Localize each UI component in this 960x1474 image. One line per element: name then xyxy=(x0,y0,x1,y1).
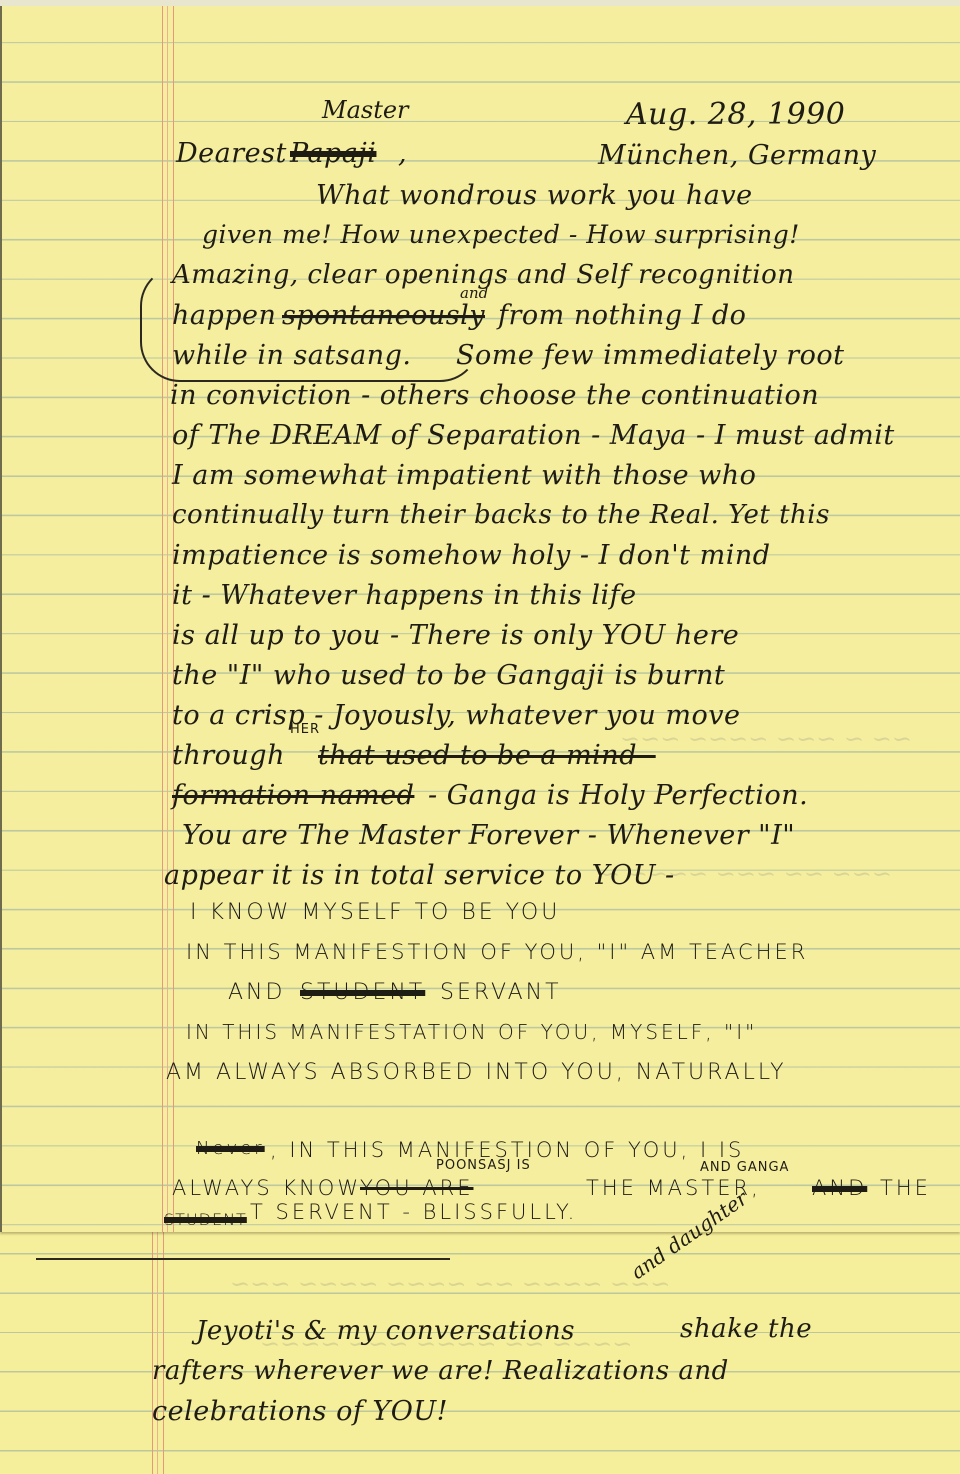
body-line: from nothing I do xyxy=(498,302,746,329)
salutation-crossed-name: Papaji xyxy=(290,140,376,167)
letter: Master Aug. 28, 1990 Dearest Papaji , Mü… xyxy=(0,0,960,1474)
caps-line: AM ALWAYS ABSORBED INTO YOU, NATURALLY xyxy=(166,1062,787,1084)
body-line: it - Whatever happens in this life xyxy=(172,582,637,609)
body-line: Some few immediately root xyxy=(456,342,844,369)
body-line: through xyxy=(172,742,285,769)
postscript-line: Jeyoti's & my conversations xyxy=(196,1318,575,1344)
inserted-name: AND GANGA xyxy=(700,1160,789,1175)
body-line: impatience is somehow holy - I don't min… xyxy=(172,542,771,569)
body-line: to a crisp - Joyously, whatever you move xyxy=(172,702,740,729)
caps-line: ALWAYS KNOW xyxy=(172,1178,361,1199)
body-line: given me! How unexpected - How surprisin… xyxy=(202,222,800,247)
body-line: - Ganga is Holy Perfection. xyxy=(428,782,808,809)
body-line: You are The Master Forever - Whenever "I… xyxy=(182,822,795,849)
crossed-phrase: that used to be a mind - xyxy=(318,742,656,769)
crossed-phrase: YOU ARE xyxy=(360,1178,473,1199)
crossed-word: AND xyxy=(812,1178,867,1199)
body-line: of The DREAM of Separation - Maya - I mu… xyxy=(172,422,895,449)
body-line: appear it is in total service to YOU - xyxy=(164,862,675,889)
caps-line: IN THIS MANIFESTATION OF YOU, MYSELF, "I… xyxy=(186,1022,757,1042)
crossed-word: STUDENT xyxy=(164,1212,247,1228)
inserted-and-daughter: and daughter xyxy=(626,1186,752,1284)
body-line: What wondrous work you have xyxy=(316,182,753,209)
divider-line xyxy=(36,1258,450,1260)
caps-line: T SERVENT - BLISSFULLY. xyxy=(250,1202,577,1223)
body-line: the "I" who used to be Gangaji is burnt xyxy=(172,662,725,689)
caps-line: IN THIS MANIFESTION OF YOU, "I" AM TEACH… xyxy=(186,942,808,963)
crossed-phrase: formation named xyxy=(172,782,414,809)
salutation-prefix: Dearest xyxy=(176,140,287,167)
inserted-word-her: HER xyxy=(290,722,320,737)
letter-place: München, Germany xyxy=(598,142,876,169)
caps-line: I KNOW MYSELF TO BE YOU xyxy=(190,902,560,924)
body-line: in conviction - others choose the contin… xyxy=(170,382,819,409)
caps-line: SERVANT xyxy=(440,982,562,1004)
letter-date: Aug. 28, 1990 xyxy=(626,100,845,130)
postscript-line: shake the xyxy=(680,1316,812,1342)
postscript-line: celebrations of YOU! xyxy=(152,1398,448,1425)
inserted-word-master: Master xyxy=(322,96,409,124)
body-line: is all up to you - There is only YOU her… xyxy=(172,622,739,649)
salutation-comma: , xyxy=(398,140,407,167)
postscript-line: rafters wherever we are! Realizations an… xyxy=(152,1358,729,1384)
move-arrow-annotation xyxy=(140,266,480,382)
crossed-word: Never xyxy=(196,1140,265,1158)
inserted-name: POONSASJ IS xyxy=(436,1158,531,1173)
body-line: I am somewhat impatient with those who xyxy=(172,462,756,489)
crossed-word-student: STUDENT xyxy=(300,982,425,1004)
caps-line: THE xyxy=(880,1178,931,1199)
body-line: continually turn their backs to the Real… xyxy=(172,502,830,528)
caps-line: AND xyxy=(228,982,285,1004)
